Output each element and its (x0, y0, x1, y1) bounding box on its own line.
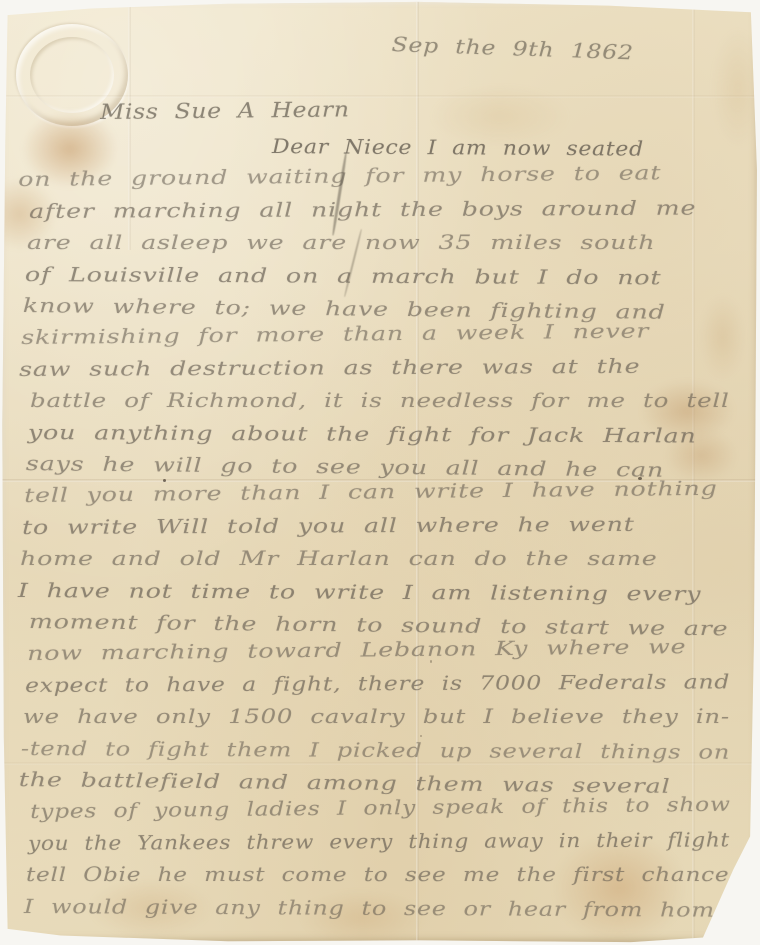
manuscript-line: you anything about the fight for Jack Ha… (28, 421, 697, 448)
paper-speck (420, 735, 422, 737)
manuscript-line: saw such destruction as there was at the (19, 354, 640, 380)
salutation-line: Miss Sue A Hearn (100, 97, 350, 124)
manuscript-line: we have only 1500 cavalry but I believe … (23, 705, 730, 728)
manuscript-line: -tend to fight them I picked up several … (21, 737, 730, 764)
manuscript-line: on the ground waiting for my horse to ea… (18, 161, 661, 191)
manuscript-line: types of young ladies I only speak of th… (30, 793, 731, 823)
manuscript-line: to write Will told you all where he went (22, 512, 635, 538)
manuscript-line: after marching all night the boys around… (29, 196, 696, 222)
manuscript-line: battle of Richmond, it is needless for m… (30, 389, 730, 412)
manuscript-line: I would give any thing to see or hear fr… (24, 895, 730, 922)
manuscript-line: home and old Mr Harlan can do the same (20, 547, 658, 570)
stain (712, 28, 760, 148)
manuscript-line: of Louisville and on a march but I do no… (25, 263, 662, 289)
manuscript-line: skirmishing for more than a week I never (21, 319, 649, 349)
letter-sheet: Sep the 9th 1862 Miss Sue A Hearn Dear N… (0, 0, 760, 945)
manuscript-line: you the Yankees threw every thing away i… (28, 828, 730, 855)
manuscript-line: expect to have a fight, there is 7000 Fe… (25, 670, 730, 697)
letter-scan: Sep the 9th 1862 Miss Sue A Hearn Dear N… (0, 0, 760, 945)
date-line: Sep the 9th 1862 (391, 32, 634, 64)
manuscript-line: are all asleep we are now 35 miles south (27, 231, 655, 254)
manuscript-opening-line: Dear Niece I am now seated (272, 134, 644, 161)
manuscript-line: tell Obie he must come to see me the fir… (26, 863, 729, 886)
manuscript-line: tell you more than I can write I have no… (24, 477, 718, 507)
manuscript-line: now marching toward Lebanon Ky where we (27, 635, 687, 665)
manuscript-line: I have not time to write I am listening … (18, 579, 701, 606)
stain (700, 295, 745, 380)
